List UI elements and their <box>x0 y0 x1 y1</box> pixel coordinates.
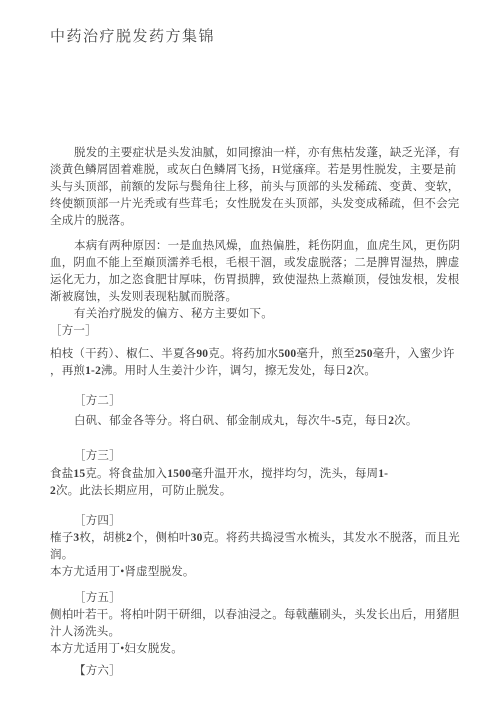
document-title: 中药治疗脱发药方集锦 <box>50 27 450 48</box>
document-page: 中药治疗脱发药方集锦 脱发的主要症状是头发油腻，如同擦油一样，亦有焦枯发蓬，缺乏… <box>0 0 500 707</box>
prescription-body: 白矾、郁金各等分。将白矾、郁金制成丸，每次牛-5克，每日2次。 <box>50 413 450 430</box>
paragraph-line: 头与头顶部，前额的发际与鬓角往上移，前头与顶部的头发稀疏、变黄、变软， <box>50 179 450 196</box>
prescription-heading: ［方一］ <box>50 323 450 340</box>
prescription-body: 榷子3枚，胡桃2个，侧柏叶30克。将药共捣浸雪水梳头，其发水不脱落，而且光 润。… <box>50 530 450 581</box>
paragraph-line: 全成片的脱落。 <box>50 213 450 230</box>
prescription-1: ［方一］ 柏枝（干药）、椒仁、半夏各90克。将药加水500毫升，煎至250毫升，… <box>50 323 450 380</box>
paragraph-line: 终使额顶部一片光秃或有些茸毛；女性脱发在头顶部，头发变成稀疏，但不会完 <box>50 196 450 213</box>
prescription-heading: ［方四］ <box>50 513 450 530</box>
paragraph-line: 白矾、郁金各等分。将白矾、郁金制成丸，每次牛-5克，每日2次。 <box>50 413 450 430</box>
prescription-2: ［方二］ 白矾、郁金各等分。将白矾、郁金制成丸，每次牛-5克，每日2次。 <box>50 393 450 430</box>
intro-paragraph-causes: 本病有两种原因：一是血热风燥，血热偏胜，耗伤阴血，血虎生风，更伤阴 血，阴血不能… <box>50 238 450 306</box>
paragraph-line: 血，阴血不能上至巅顶濡养毛根，毛根干涸，或发虚脱落；二是脾胃湿热，脾虚 <box>50 255 450 272</box>
prescription-heading: ［方五］ <box>50 590 450 607</box>
paragraph-line: ，再煎1-2沸。用时人生姜汁少许，调匀，擦无发处，每日2次。 <box>50 363 450 380</box>
paragraph-line: 本方尤适用丁•妇女脱发。 <box>50 641 450 658</box>
paragraph-line: 淡黄色鳞屑固着难脱，或灰白色鳞屑飞扬，H觉瘙痒。若是男性脱发，主要是前 <box>50 162 450 179</box>
paragraph-line: 榷子3枚，胡桃2个，侧柏叶30克。将药共捣浸雪水梳头，其发水不脱落，而且光 <box>50 530 450 547</box>
prescription-3: ［方三］ 食盐15克。将食盐加入1500毫升温开水，搅拌均匀，洗头，每周1- 2… <box>50 448 450 500</box>
prescription-5: ［方五］ 侧柏叶若干。将柏叶阴干研细，以春油浸之。每戟蘸刷头，头发长出后，用猪胆… <box>50 590 450 658</box>
paragraph-line: 2次。此法长期应用，可防止脱发。 <box>50 483 450 500</box>
paragraph-line: 本方尤适用丁•肾虚型脱发。 <box>50 564 450 581</box>
paragraph-line: 运化无力，加之恣食肥甘厚味，伤胃损脾，致使湿热上蒸巅顶，侵蚀发根，发根 <box>50 272 450 289</box>
paragraph-line: 食盐15克。将食盐加入1500毫升温开水，搅拌均匀，洗头，每周1- <box>50 466 450 483</box>
paragraph-line: 柏枝（干药）、椒仁、半夏各90克。将药加水500毫升，煎至250毫升，入蜜少许 <box>50 346 450 363</box>
paragraph-line: 润。 <box>50 547 450 564</box>
paragraph-line: 汁人汤洗头。 <box>50 624 450 641</box>
paragraph-line: 渐被腐蚀，头发则表现粘腻而脱落。 <box>50 289 450 306</box>
prescription-body: 柏枝（干药）、椒仁、半夏各90克。将药加水500毫升，煎至250毫升，入蜜少许 … <box>50 346 450 380</box>
prescription-4: ［方四］ 榷子3枚，胡桃2个，侧柏叶30克。将药共捣浸雪水梳头，其发水不脱落，而… <box>50 513 450 581</box>
prescription-body: 侧柏叶若干。将柏叶阴干研细，以春油浸之。每戟蘸刷头，头发长出后，用猪胆 汁人汤洗… <box>50 607 450 658</box>
prescription-heading: ［方二］ <box>50 393 450 410</box>
prescription-heading: 【方六］ <box>50 663 450 680</box>
paragraph-line: 本病有两种原因：一是血热风燥，血热偏胜，耗伤阴血，血虎生风，更伤阴 <box>50 238 450 255</box>
prescription-body: 食盐15克。将食盐加入1500毫升温开水，搅拌均匀，洗头，每周1- 2次。此法长… <box>50 466 450 500</box>
intro-paragraph-symptoms: 脱发的主要症状是头发油腻，如同擦油一样，亦有焦枯发蓬，缺乏光泽，有 淡黄色鳞屑固… <box>50 145 450 230</box>
prescription-6: 【方六］ <box>50 663 450 680</box>
paragraph-line: 侧柏叶若干。将柏叶阴干研细，以春油浸之。每戟蘸刷头，头发长出后，用猪胆 <box>50 607 450 624</box>
intro-lead-in-line: 有关治疗脱发的偏方、秘方主要如下。 <box>50 306 450 323</box>
paragraph-line: 脱发的主要症状是头发油腻，如同擦油一样，亦有焦枯发蓬，缺乏光泽，有 <box>50 145 450 162</box>
prescription-heading: ［方三］ <box>50 448 450 465</box>
